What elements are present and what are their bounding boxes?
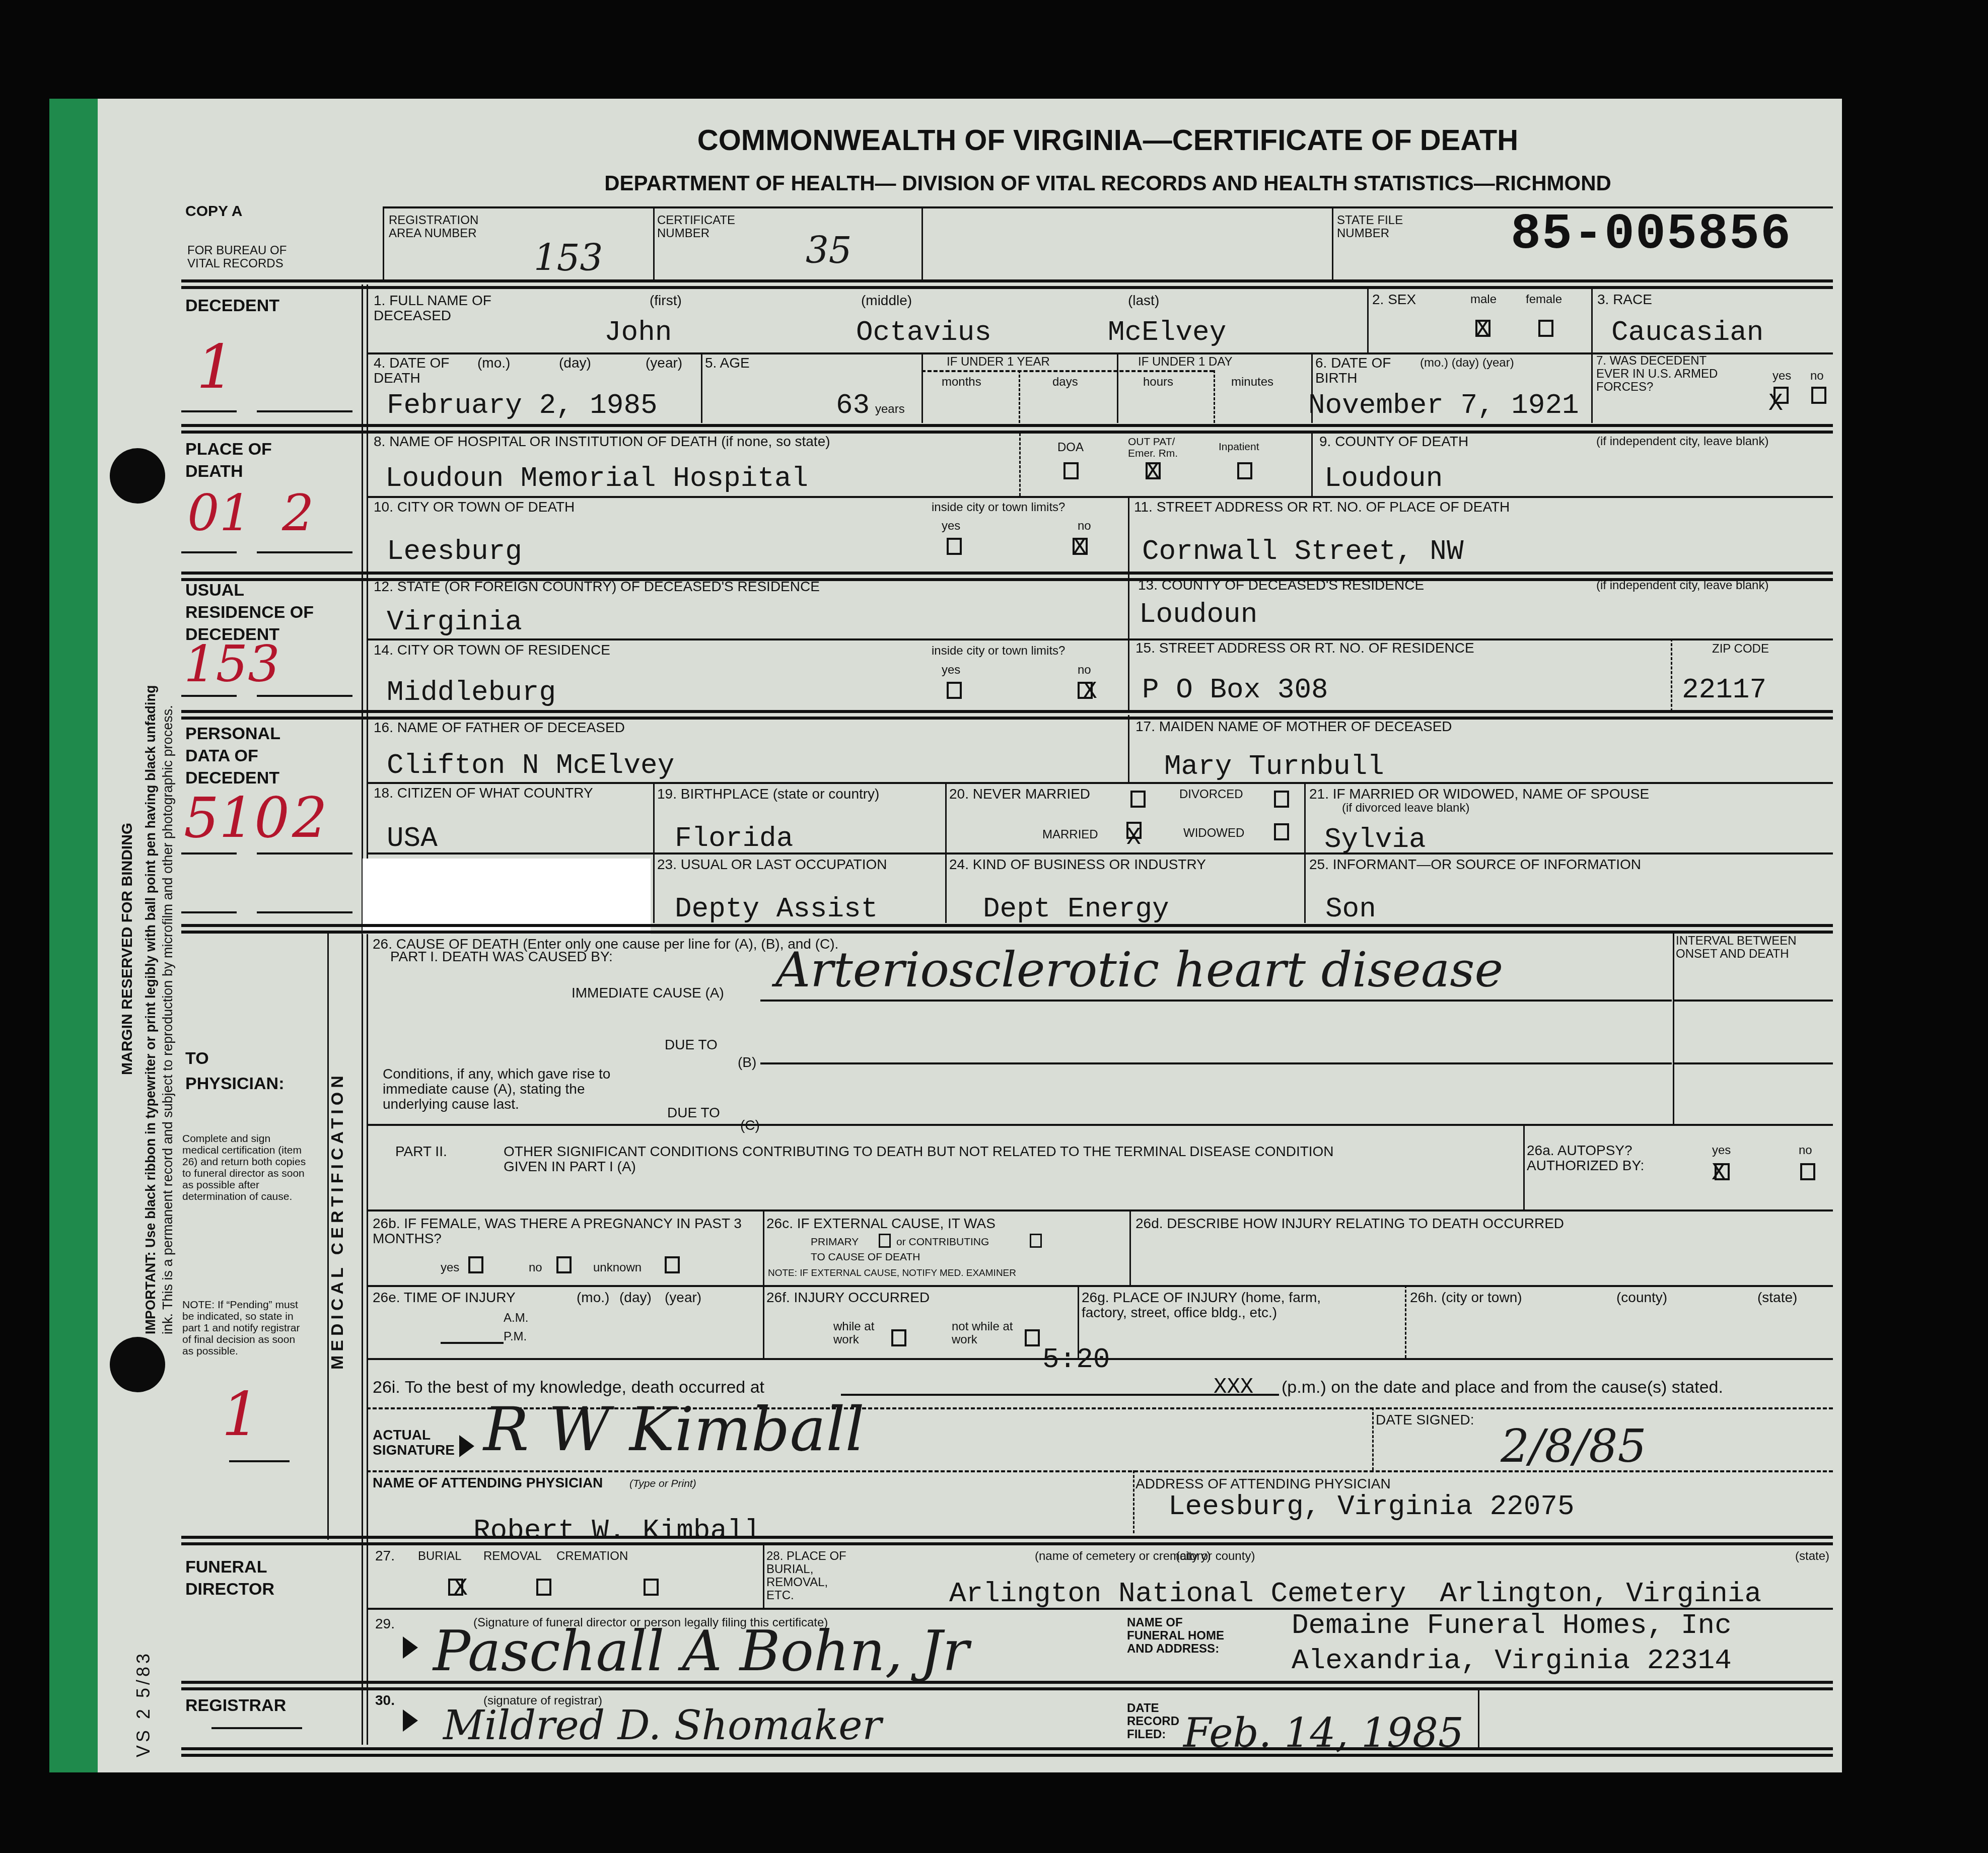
- rule: [257, 410, 352, 412]
- rule: [181, 1536, 1833, 1539]
- check-mark: X: [1475, 318, 1490, 342]
- injury-county-label: (county): [1616, 1290, 1667, 1305]
- state-column-label: (state): [1795, 1550, 1829, 1563]
- pregnancy-no-checkbox[interactable]: [556, 1256, 572, 1273]
- zip-label: ZIP CODE: [1712, 643, 1769, 656]
- while-at-work-label: while at work: [833, 1320, 884, 1346]
- inside-limits-label: inside city or town limits?: [932, 501, 1065, 514]
- married-label: MARRIED: [1042, 828, 1098, 841]
- department-subtitle: DEPARTMENT OF HEALTH— DIVISION OF VITAL …: [504, 171, 1712, 195]
- registration-area-label: REGISTRATION AREA NUMBER: [389, 214, 505, 240]
- f26d-label: 26d. DESCRIBE HOW INJURY RELATING TO DEA…: [1135, 1216, 1564, 1231]
- personal-code-b: 2: [292, 786, 327, 850]
- residence-code: 153: [184, 634, 280, 693]
- immediate-cause-label: IMMEDIATE CAUSE (A): [572, 985, 724, 1001]
- city-column-label: (city or county): [1176, 1550, 1255, 1563]
- rule: [1332, 206, 1333, 282]
- business: Dept Energy: [983, 894, 1169, 924]
- f21-label: 21. IF MARRIED OR WIDOWED, NAME OF SPOUS…: [1309, 787, 1649, 802]
- rule: [1128, 638, 1129, 711]
- rule: [1591, 287, 1593, 352]
- cremation-label: CREMATION: [556, 1550, 628, 1563]
- injury-day-label: (day): [619, 1290, 652, 1305]
- rule: [1129, 1209, 1131, 1285]
- married-checkbox[interactable]: X: [1126, 822, 1142, 839]
- res-inside-limits-label: inside city or town limits?: [932, 645, 1065, 658]
- informant: Son: [1325, 894, 1376, 924]
- immediate-cause-value: Arteriosclerotic heart disease: [775, 942, 1503, 998]
- contributing-checkbox[interactable]: [1030, 1234, 1042, 1248]
- rule: [921, 206, 923, 282]
- pm-label: P.M.: [504, 1330, 527, 1343]
- physician-code: 1: [222, 1380, 260, 1450]
- widowed-checkbox[interactable]: [1274, 823, 1289, 840]
- death-inside-no-checkbox[interactable]: X: [1073, 538, 1088, 555]
- pregnancy-unknown-checkbox[interactable]: [665, 1256, 680, 1273]
- inside-yes-label: yes: [942, 520, 960, 533]
- arrow-icon: [403, 1636, 418, 1659]
- birthplace: Florida: [675, 823, 793, 853]
- rule: [1673, 931, 1674, 1124]
- months-label: months: [942, 376, 981, 389]
- burial-place: Arlington National Cemetery Arlington, V…: [949, 1579, 1761, 1609]
- f28-label: 28. PLACE OF BURIAL, REMOVAL, ETC.: [766, 1550, 857, 1602]
- removal-checkbox[interactable]: [536, 1579, 551, 1596]
- section-to-physician-b: PHYSICIAN:: [185, 1073, 284, 1095]
- county-of-death: Loudoun: [1324, 463, 1443, 493]
- rule: [763, 1542, 764, 1608]
- rule: [1673, 1062, 1833, 1064]
- rule: [362, 284, 363, 1745]
- registration-area-value: 153: [534, 237, 603, 279]
- rule: [181, 924, 1833, 927]
- date-of-birth: November 7, 1921: [1308, 390, 1579, 420]
- autopsy-yes-checkbox[interactable]: X: [1715, 1163, 1730, 1180]
- part2-label: PART II.: [395, 1144, 447, 1159]
- never-married-checkbox[interactable]: [1130, 791, 1146, 808]
- mother-maiden-name: Mary Turnbull: [1164, 751, 1384, 781]
- rule: [760, 1062, 1672, 1064]
- state-of-residence: Virginia: [387, 607, 522, 637]
- last-name-label: (last): [1128, 293, 1159, 308]
- due-to-c-label: DUE TO: [667, 1105, 720, 1120]
- rule: [257, 911, 352, 913]
- f20-label: 20. NEVER MARRIED: [949, 787, 1090, 802]
- rule: [211, 1727, 302, 1729]
- birth-cols-label: (mo.) (day) (year): [1420, 357, 1514, 370]
- res-inside-yes-checkbox[interactable]: [947, 682, 962, 699]
- decedent-first-name: John: [604, 317, 672, 347]
- rule: [367, 852, 1833, 854]
- rule: [1133, 1470, 1134, 1533]
- date-of-death: February 2, 1985: [387, 390, 658, 420]
- arrow-icon: [459, 1435, 474, 1457]
- place-code-b: 2: [282, 483, 314, 542]
- death-day-label: (day): [559, 355, 591, 371]
- arrow-icon: [403, 1709, 418, 1732]
- check-mark: X: [1126, 826, 1141, 850]
- rule: [1367, 287, 1369, 352]
- physician-instructions: Complete and sign medical certification …: [182, 1133, 308, 1202]
- rule: [327, 931, 329, 1540]
- pending-note: NOTE: If “Pending” must be indicated, so…: [182, 1299, 308, 1357]
- rule: [921, 352, 923, 423]
- f25-label: 25. INFORMANT—OR SOURCE OF INFORMATION: [1309, 857, 1641, 872]
- funeral-director-signature: Paschall A Bohn, Jr: [433, 1619, 969, 1683]
- outpatient-checkbox[interactable]: X: [1146, 462, 1161, 479]
- zip-code: 22117: [1682, 675, 1766, 705]
- divorced-label: DIVORCED: [1179, 788, 1243, 801]
- check-mark: X: [1083, 680, 1097, 704]
- not-while-at-work-checkbox[interactable]: [1025, 1329, 1040, 1346]
- rule: [1019, 433, 1021, 496]
- f4-label: 4. DATE OF DEATH: [374, 355, 494, 386]
- f8-label: 8. NAME OF HOSPITAL OR INSTITUTION OF DE…: [374, 434, 830, 449]
- rule: [701, 352, 702, 423]
- f14-label: 14. CITY OR TOWN OF RESIDENCE: [374, 643, 610, 658]
- medical-certification-label: MEDICAL CERTIFICATION: [330, 1072, 345, 1370]
- part1-label: PART I. DEATH WAS CAUSED BY:: [390, 949, 613, 964]
- f17-label: 17. MAIDEN NAME OF MOTHER OF DECEASED: [1135, 719, 1452, 734]
- decedent-code: 1: [196, 332, 235, 402]
- rule: [181, 931, 1833, 934]
- punch-hole: [110, 448, 165, 504]
- while-at-work-checkbox[interactable]: [891, 1329, 906, 1346]
- attending-address-label: ADDRESS OF ATTENDING PHYSICIAN: [1135, 1476, 1391, 1491]
- minutes-label: minutes: [1231, 376, 1273, 389]
- bureau-label: FOR BUREAU OF VITAL RECORDS: [187, 244, 318, 270]
- female-label: female: [1526, 293, 1562, 306]
- certificate-number-value: 35: [806, 229, 852, 271]
- rule: [181, 410, 237, 412]
- doa-checkbox[interactable]: [1063, 462, 1079, 479]
- rule: [181, 572, 1833, 575]
- rule: [367, 638, 1833, 640]
- citizen-country: USA: [387, 823, 438, 853]
- inside-no-label: no: [1078, 520, 1091, 533]
- funeral-home-address: Alexandria, Virginia 22314: [1292, 1646, 1732, 1676]
- f1-label: 1. FULL NAME OF DECEASED: [374, 293, 525, 323]
- spouse-name: Sylvia: [1324, 824, 1426, 854]
- f30-label: 30.: [375, 1693, 395, 1708]
- injury-state-label: (state): [1757, 1290, 1797, 1305]
- autopsy-yes-label: yes: [1712, 1144, 1731, 1157]
- inpatient-checkbox[interactable]: [1237, 462, 1252, 479]
- pregnancy-yes-checkbox[interactable]: [468, 1256, 483, 1273]
- certificate-number-label: CERTIFICATE NUMBER: [657, 214, 758, 240]
- death-year-label: (year): [646, 355, 682, 371]
- redacted-social-security-number: [363, 859, 651, 934]
- rule: [181, 286, 1833, 289]
- rule: [1523, 1124, 1525, 1209]
- rule: [181, 424, 1833, 427]
- burial-checkbox[interactable]: X: [448, 1579, 463, 1596]
- check-mark: X: [1073, 536, 1087, 560]
- rule: [760, 1000, 1672, 1002]
- f9-note: (if independent city, leave blank): [1596, 435, 1768, 448]
- contributing-label: or CONTRIBUTING: [896, 1236, 989, 1248]
- rule: [1019, 370, 1020, 423]
- death-mo-label: (mo.): [477, 355, 510, 371]
- hospital-name: Loudoun Memorial Hospital: [385, 463, 808, 493]
- rule: [367, 1470, 1833, 1472]
- f2-label: 2. SEX: [1372, 292, 1416, 307]
- rule: [257, 551, 352, 553]
- sex-female-checkbox[interactable]: [1538, 320, 1553, 337]
- inpatient-label: Inpatient: [1219, 441, 1259, 453]
- first-name-label: (first): [650, 293, 682, 308]
- rule: [257, 852, 352, 854]
- pregnancy-yes-label: yes: [441, 1261, 459, 1274]
- primary-label: PRIMARY: [811, 1236, 859, 1248]
- rule: [181, 695, 237, 697]
- attending-physician-name: Robert W. Kimball: [473, 1516, 761, 1546]
- sex-male-checkbox[interactable]: X: [1475, 320, 1490, 337]
- f23-label: 23. USUAL OR LAST OCCUPATION: [657, 857, 887, 872]
- f9-label: 9. COUNTY OF DEATH: [1319, 434, 1468, 449]
- rule: [1128, 574, 1129, 639]
- f26c-label: 26c. IF EXTERNAL CAUSE, IT WAS: [766, 1216, 996, 1231]
- rule: [181, 279, 1833, 282]
- to-cause-label: TO CAUSE OF DEATH: [811, 1251, 920, 1263]
- decedent-middle-name: Octavius: [856, 317, 991, 347]
- rule: [181, 551, 237, 553]
- check-mark: X: [1146, 460, 1160, 484]
- f19-label: 19. BIRTHPLACE (state or country): [657, 787, 879, 802]
- margin-important-line1: IMPORTANT: Use black ribbon in typewrite…: [143, 685, 158, 1334]
- res-inside-no-checkbox[interactable]: X: [1078, 682, 1093, 699]
- autopsy-no-checkbox[interactable]: [1800, 1163, 1815, 1180]
- rule: [181, 1681, 1833, 1684]
- rule: [257, 695, 352, 697]
- armed-forces-yes-checkbox[interactable]: X: [1773, 387, 1789, 404]
- date-signed-label: DATE SIGNED:: [1376, 1412, 1474, 1428]
- f7-label: 7. WAS DECEDENT EVER IN U.S. ARMED FORCE…: [1596, 354, 1727, 394]
- f26a-label: 26a. AUTOPSY? AUTHORIZED BY:: [1527, 1143, 1653, 1173]
- state-file-number: 85-005856: [1511, 206, 1792, 263]
- armed-no-label: no: [1810, 370, 1824, 383]
- primary-checkbox[interactable]: [879, 1234, 891, 1248]
- armed-forces-no-checkbox[interactable]: [1811, 387, 1826, 404]
- pregnancy-unknown-label: unknown: [593, 1261, 642, 1274]
- rule: [653, 206, 655, 282]
- rule: [1311, 433, 1313, 496]
- rule: [1128, 715, 1129, 783]
- res-inside-yes-label: yes: [942, 664, 960, 677]
- b-label: (B): [738, 1055, 756, 1070]
- rule: [1372, 1407, 1374, 1470]
- margin-binding-text: MARGIN RESERVED FOR BINDING: [120, 823, 135, 1075]
- rule: [367, 1285, 1833, 1287]
- personal-code-a: 510: [184, 786, 290, 850]
- rule: [181, 1754, 1833, 1757]
- form-number: VS 2 5/83: [136, 1651, 151, 1757]
- type-or-print-label: (Type or Print): [629, 1478, 696, 1489]
- f3-label: 3. RACE: [1597, 292, 1652, 307]
- rule: [383, 206, 384, 282]
- years-label: years: [875, 403, 905, 416]
- city-of-residence: Middleburg: [387, 677, 556, 707]
- divorced-checkbox[interactable]: [1274, 791, 1289, 808]
- rule: [1214, 370, 1215, 423]
- external-note: NOTE: IF EXTERNAL CAUSE, NOTIFY MED. EXA…: [768, 1267, 1016, 1279]
- attending-physician-address: Leesburg, Virginia 22075: [1168, 1491, 1575, 1522]
- rule: [181, 1747, 1833, 1750]
- removal-label: REMOVAL: [483, 1550, 542, 1563]
- punch-hole: [110, 1337, 165, 1392]
- not-while-at-work-label: not while at work: [952, 1320, 1022, 1346]
- age-value: 63: [836, 390, 870, 420]
- section-funeral-director: FUNERAL DIRECTOR: [185, 1556, 286, 1600]
- male-label: male: [1470, 293, 1497, 306]
- physician-signature: R W Kimball: [483, 1395, 865, 1465]
- f15-label: 15. STREET ADDRESS OR RT. NO. OF RESIDEN…: [1135, 640, 1474, 656]
- rule: [1591, 352, 1593, 423]
- rule: [1671, 638, 1672, 711]
- f26h-label: 26h. (city or town): [1410, 1290, 1522, 1305]
- death-inside-yes-checkbox[interactable]: [947, 538, 962, 555]
- rule: [181, 1687, 1833, 1690]
- rule: [181, 710, 1833, 713]
- conditions-note: Conditions, if any, which gave rise to i…: [383, 1066, 645, 1112]
- middle-name-label: (middle): [861, 293, 912, 308]
- section-personal-data: PERSONAL DATA OF DECEDENT: [185, 723, 306, 789]
- rule: [367, 1209, 1833, 1211]
- f29-label: 29.: [375, 1616, 395, 1631]
- f18-label: 18. CITIZEN OF WHAT COUNTRY: [374, 786, 593, 801]
- rule: [1478, 1687, 1479, 1748]
- section-place-of-death: PLACE OF DEATH: [185, 438, 286, 482]
- am-label: A.M.: [504, 1312, 528, 1325]
- actual-signature-label: ACTUAL SIGNATURE: [373, 1428, 463, 1458]
- under-year-label: IF UNDER 1 YEAR: [947, 355, 1050, 369]
- f24-label: 24. KIND OF BUSINESS OR INDUSTRY: [949, 857, 1206, 872]
- part2-text: OTHER SIGNIFICANT CONDITIONS CONTRIBUTIN…: [504, 1144, 1360, 1174]
- days-label: days: [1052, 376, 1078, 389]
- doa-label: DOA: [1057, 441, 1084, 454]
- f21-note: (if divorced leave blank): [1342, 802, 1469, 815]
- cremation-checkbox[interactable]: [644, 1579, 659, 1596]
- rule: [1128, 496, 1129, 572]
- outpatient-label: OUT PAT/ Emer. Rm.: [1128, 436, 1188, 459]
- rule: [367, 782, 1833, 784]
- rule: [367, 496, 1833, 498]
- certification-statement: (p.m.) on the date and place and from th…: [1282, 1380, 1723, 1395]
- f26g-label: 26g. PLACE OF INJURY (home, farm, factor…: [1082, 1290, 1333, 1320]
- occupation: Depty Assist: [675, 894, 878, 924]
- funeral-home-label: NAME OF FUNERAL HOME AND ADDRESS:: [1127, 1616, 1228, 1656]
- f6-label: 6. DATE OF BIRTH: [1315, 355, 1406, 386]
- f11-label: 11. STREET ADDRESS OR RT. NO. OF PLACE O…: [1134, 500, 1510, 515]
- f26f-label: 26f. INJURY OCCURRED: [766, 1290, 930, 1305]
- f13-note: (if independent city, leave blank): [1596, 579, 1768, 592]
- f13-label: 13. COUNTY OF DECEASED'S RESIDENCE: [1138, 578, 1424, 593]
- f26e-label: 26e. TIME OF INJURY: [373, 1290, 516, 1305]
- time-of-death: 5:20: [1042, 1344, 1110, 1375]
- autopsy-no-label: no: [1799, 1144, 1812, 1157]
- section-registrar: REGISTRAR: [185, 1694, 286, 1717]
- decedent-last-name: McElvey: [1108, 317, 1226, 347]
- f26i-label: 26i. To the best of my knowledge, death …: [373, 1380, 764, 1395]
- margin-important-line2: ink. This is a permanent record and subj…: [160, 705, 175, 1334]
- county-of-residence: Loudoun: [1139, 599, 1257, 629]
- street-of-residence: P O Box 308: [1142, 675, 1328, 705]
- state-file-label: STATE FILE NUMBER: [1337, 214, 1438, 240]
- injury-year-label: (year): [665, 1290, 701, 1305]
- race-value: Caucasian: [1611, 317, 1763, 347]
- rule: [367, 284, 368, 1745]
- res-inside-no-label: no: [1078, 664, 1091, 677]
- f12-label: 12. STATE (OR FOREIGN COUNTRY) OF DECEAS…: [374, 579, 820, 594]
- f10-label: 10. CITY OR TOWN OF DEATH: [374, 500, 575, 515]
- f16-label: 16. NAME OF FATHER OF DECEASED: [374, 720, 625, 735]
- under-day-label: IF UNDER 1 DAY: [1138, 355, 1233, 369]
- section-to-physician-a: TO: [185, 1047, 209, 1070]
- city-of-death: Leesburg: [387, 536, 522, 566]
- place-code-a: 01: [187, 483, 251, 542]
- street-of-death: Cornwall Street, NW: [1142, 536, 1464, 566]
- green-binding-strip: [49, 99, 98, 1772]
- due-to-b-label: DUE TO: [665, 1037, 718, 1052]
- f26b-label: 26b. IF FEMALE, WAS THERE A PREGNANCY IN…: [373, 1216, 750, 1246]
- father-name: Clifton N McElvey: [387, 750, 674, 780]
- rule: [763, 1209, 764, 1358]
- rule: [181, 911, 237, 913]
- pregnancy-no-label: no: [529, 1261, 542, 1274]
- check-mark: X: [1768, 392, 1783, 416]
- section-decedent: DECEDENT: [185, 295, 279, 317]
- check-mark: X: [1712, 1161, 1726, 1185]
- f5-label: 5. AGE: [705, 355, 750, 371]
- injury-mo-label: (mo.): [577, 1290, 609, 1305]
- funeral-home-name: Demaine Funeral Homes, Inc: [1292, 1610, 1732, 1641]
- rule: [1673, 1000, 1833, 1002]
- f27-label: 27.: [375, 1548, 395, 1563]
- am-strikeout: XXX: [1214, 1375, 1253, 1400]
- registrar-signature: Mildred D. Shomaker: [443, 1702, 882, 1749]
- rule: [367, 1124, 1833, 1126]
- burial-label: BURIAL: [418, 1550, 462, 1563]
- hours-label: hours: [1143, 376, 1173, 389]
- rule: [921, 370, 1214, 372]
- rule: [181, 852, 237, 854]
- rule: [1405, 1285, 1406, 1358]
- date-signed-value: 2/8/85: [1501, 1420, 1647, 1473]
- certificate-title: COMMONWEALTH OF VIRGINIA—CERTIFICATE OF …: [504, 123, 1712, 157]
- rule: [181, 1542, 1833, 1545]
- attending-name-label: NAME OF ATTENDING PHYSICIAN: [373, 1475, 603, 1490]
- rule: [441, 1342, 504, 1344]
- rule: [229, 1460, 290, 1462]
- copy-label: COPY A: [185, 204, 242, 219]
- rule: [1117, 352, 1118, 423]
- armed-yes-label: yes: [1772, 370, 1791, 383]
- widowed-label: WIDOWED: [1183, 827, 1244, 840]
- interval-label: INTERVAL BETWEEN ONSET AND DEATH: [1676, 935, 1832, 961]
- check-mark: X: [453, 1577, 468, 1601]
